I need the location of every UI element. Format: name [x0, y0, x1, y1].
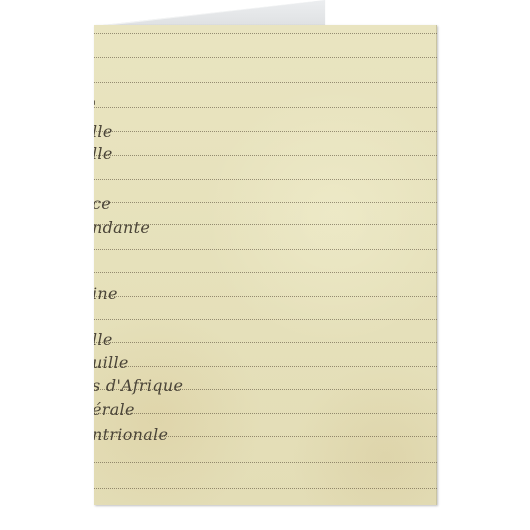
entry-text: ntrionale — [94, 427, 168, 443]
dotted-rule-line — [94, 202, 437, 203]
entry-text: ' — [94, 99, 97, 115]
dotted-rule-line — [94, 272, 437, 273]
entry-text: ce — [94, 196, 111, 212]
entry-text: ndante — [94, 220, 150, 236]
dotted-rule-line — [94, 179, 437, 180]
dotted-rule-line — [94, 33, 437, 34]
dotted-rule-line — [94, 249, 437, 250]
dotted-rule-line — [94, 462, 437, 463]
card-back-panel — [94, 0, 439, 26]
card-front: ' lle lle ce ndante ine lle uille s d'Af… — [94, 25, 437, 505]
entry-text: lle — [94, 332, 113, 348]
dotted-rule-line — [94, 366, 437, 367]
dotted-rule-line — [94, 413, 437, 414]
dotted-rule-line — [94, 488, 437, 489]
entry-text: lle — [94, 146, 113, 162]
entry-text: ine — [94, 286, 118, 302]
dotted-rule-line — [94, 82, 437, 83]
entry-text: s d'Afrique — [94, 378, 183, 394]
dotted-rule-line — [94, 57, 437, 58]
dotted-rule-line — [94, 131, 437, 132]
dotted-rule-line — [94, 319, 437, 320]
entry-text: érale — [94, 402, 135, 418]
entry-text: uille — [94, 355, 129, 371]
entry-text: lle — [94, 124, 113, 140]
dotted-rule-line — [94, 155, 437, 156]
card-stage: ' lle lle ce ndante ine lle uille s d'Af… — [0, 0, 530, 530]
dotted-rule-line — [94, 107, 437, 108]
dotted-rule-line — [94, 296, 437, 297]
dotted-rule-line — [94, 342, 437, 343]
